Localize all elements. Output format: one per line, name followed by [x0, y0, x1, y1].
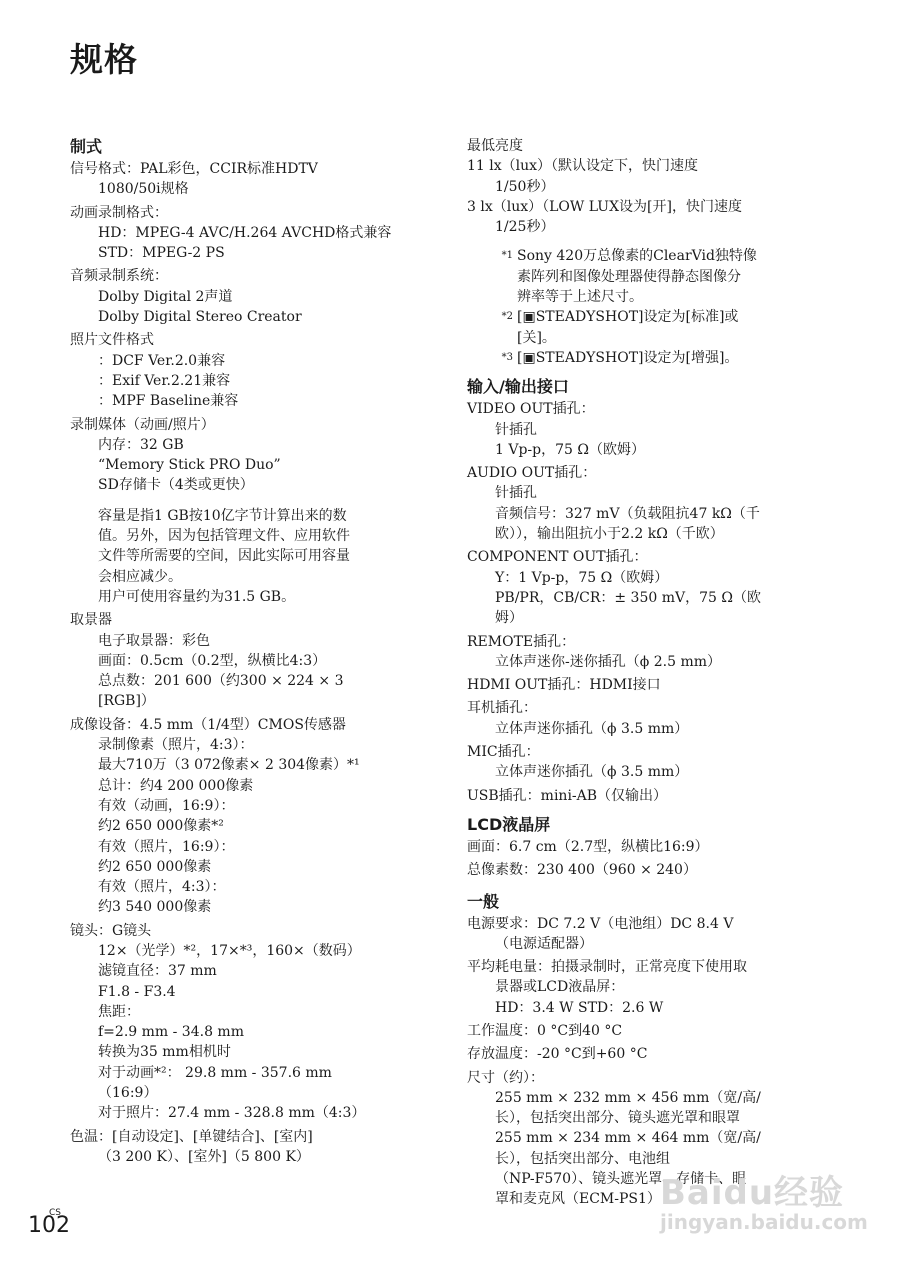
- spec-value: HD：MPEG-4 AVC/H.264 AVCHD格式兼容: [70, 223, 450, 243]
- section-general: 一般 电源要求：DC 7.2 V（电池组）DC 8.4 V （电源适配器） 平均…: [467, 891, 847, 1210]
- spec-remote: REMOTE插孔： 立体声迷你-迷你插孔（ϕ 2.5 mm）: [467, 632, 847, 673]
- capacity-note: 文件等所需要的空间，因此实际可用容量: [70, 546, 450, 566]
- spec-label: 尺寸（约）：: [467, 1068, 847, 1088]
- footnote-mark: *3: [467, 348, 517, 368]
- footnote-mark: *2: [467, 307, 517, 348]
- spec-label: 信号格式：PAL彩色，CCIR标准HDTV: [70, 159, 450, 179]
- spec-value: STD：MPEG-2 PS: [70, 243, 450, 263]
- spec-label: REMOTE插孔：: [467, 632, 847, 652]
- spec-label: 电源要求：DC 7.2 V（电池组）DC 8.4 V: [467, 914, 847, 934]
- spec-value: 1/25秒）: [467, 217, 847, 237]
- footnote-text: 辨率等于上述尺寸。: [517, 287, 847, 307]
- spec-label: 工作温度：0 °C到40 °C: [467, 1021, 847, 1041]
- spec-value: F1.8 - F3.4: [70, 982, 450, 1002]
- spec-value: 约2 650 000像素*²: [70, 816, 450, 836]
- spec-mic: MIC插孔： 立体声迷你插孔（ϕ 3.5 mm）: [467, 742, 847, 783]
- spec-audio-system: 音频录制系统： Dolby Digital 2声道 Dolby Digital …: [70, 266, 450, 327]
- spec-value: 画面：0.5cm（0.2型，纵横比4:3）: [70, 651, 450, 671]
- spec-label: USB插孔：mini-AB（仅输出）: [467, 786, 847, 806]
- section-lcd: LCD液晶屏 画面：6.7 cm（2.7型，纵横比16:9） 总像素数：230 …: [467, 814, 847, 881]
- spec-value: 12×（光学）*²，17×*³，160×（数码）: [70, 941, 450, 961]
- spec-power: 电源要求：DC 7.2 V（电池组）DC 8.4 V （电源适配器）: [467, 914, 847, 955]
- footnote-text: Sony 420万总像素的ClearVid独特像: [517, 246, 847, 266]
- spec-value: “Memory Stick PRO Duo”: [70, 455, 450, 475]
- spec-label: 录制媒体（动画/照片）: [70, 415, 450, 435]
- spec-value: （3 200 K）、[室外]（5 800 K）: [70, 1147, 450, 1167]
- spec-value: 立体声迷你-迷你插孔（ϕ 2.5 mm）: [467, 652, 847, 672]
- spec-value: 对于照片：27.4 mm - 328.8 mm（4:3）: [70, 1103, 450, 1123]
- spec-label: 色温：[自动设定]、[单键结合]、[室内]: [70, 1127, 450, 1147]
- spec-value: 音频信号：327 mV（负载阻抗47 kΩ（千: [467, 504, 847, 524]
- spec-label: 总像素数：230 400（960 × 240）: [467, 860, 847, 880]
- spec-value: 1080/50i规格: [70, 179, 450, 199]
- spec-value: 针插孔: [467, 483, 847, 503]
- footnote-text: 素阵列和图像处理器使得静态图像分: [517, 267, 847, 287]
- footnote-3: *3 [▣STEADYSHOT]设定为[增强]。: [467, 348, 847, 368]
- spec-value: 约2 650 000像素: [70, 857, 450, 877]
- left-column: 制式 信号格式：PAL彩色，CCIR标准HDTV 1080/50i规格 动画录制…: [70, 136, 450, 1171]
- footnote-text: [关]。: [517, 328, 847, 348]
- baidu-watermark: Baidu经验 jingyan.baidu.com: [660, 1165, 868, 1234]
- spec-value: 1 Vp-p，75 Ω（欧姆）: [467, 440, 847, 460]
- spec-value: （电源适配器）: [467, 934, 847, 954]
- spec-value: （16:9）: [70, 1083, 450, 1103]
- spec-label: 取景器: [70, 610, 450, 630]
- spec-value: 总计：约4 200 000像素: [70, 776, 450, 796]
- spec-value: 转换为35 mm相机时: [70, 1042, 450, 1062]
- spec-value: 总点数：201 600（约300 × 224 × 3: [70, 671, 450, 691]
- spec-value: ：Exif Ver.2.21兼容: [70, 371, 450, 391]
- spec-value: 11 lx（lux）（默认设定下，快门速度: [467, 156, 847, 176]
- spec-label: 最低亮度: [467, 136, 847, 156]
- spec-label: COMPONENT OUT插孔：: [467, 547, 847, 567]
- spec-value: Dolby Digital Stereo Creator: [70, 307, 450, 327]
- page-title: 规格: [70, 34, 138, 81]
- spec-label: 耳机插孔：: [467, 698, 847, 718]
- section-heading-io: 输入/输出接口: [467, 376, 847, 398]
- footnote-mark: *1: [467, 246, 517, 307]
- spec-value: [RGB]）: [70, 691, 450, 711]
- section-heading-general: 一般: [467, 891, 847, 913]
- footnote-2: *2 [▣STEADYSHOT]设定为[标准]或 [关]。: [467, 307, 847, 348]
- spec-movie-format: 动画录制格式： HD：MPEG-4 AVC/H.264 AVCHD格式兼容 ST…: [70, 203, 450, 264]
- spec-consumption: 平均耗电量：拍摄录制时，正常亮度下使用取 景器或LCD液晶屏： HD：3.4 W…: [467, 957, 847, 1018]
- spec-label: VIDEO OUT插孔：: [467, 399, 847, 419]
- spec-recording-media: 录制媒体（动画/照片） 内存：32 GB “Memory Stick PRO D…: [70, 415, 450, 608]
- spec-usb: USB插孔：mini-AB（仅输出）: [467, 786, 847, 806]
- spec-label: 存放温度：-20 °C到+60 °C: [467, 1044, 847, 1064]
- spec-value: 内存：32 GB: [70, 435, 450, 455]
- spec-label: 画面：6.7 cm（2.7型，纵横比16:9）: [467, 837, 847, 857]
- spec-value: 焦距：: [70, 1002, 450, 1022]
- spec-headphone: 耳机插孔： 立体声迷你插孔（ϕ 3.5 mm）: [467, 698, 847, 739]
- capacity-note: 值。另外，因为包括管理文件、应用软件: [70, 526, 450, 546]
- capacity-note: 用户可使用容量约为31.5 GB。: [70, 587, 450, 607]
- spec-value: 针插孔: [467, 420, 847, 440]
- spec-storage-temp: 存放温度：-20 °C到+60 °C: [467, 1044, 847, 1064]
- spec-value: HD：3.4 W STD：2.6 W: [467, 998, 847, 1018]
- spec-color-temperature: 色温：[自动设定]、[单键结合]、[室内] （3 200 K）、[室外]（5 8…: [70, 1127, 450, 1168]
- section-heading-lcd: LCD液晶屏: [467, 814, 847, 836]
- footnotes: *1 Sony 420万总像素的ClearVid独特像 素阵列和图像处理器使得静…: [467, 246, 847, 368]
- spec-value: 欧）），输出阻抗小于2.2 kΩ（千欧）: [467, 524, 847, 544]
- spec-viewfinder: 取景器 电子取景器：彩色 画面：0.5cm（0.2型，纵横比4:3） 总点数：2…: [70, 610, 450, 711]
- spec-value: Dolby Digital 2声道: [70, 287, 450, 307]
- spec-video-out: VIDEO OUT插孔： 针插孔 1 Vp-p，75 Ω（欧姆）: [467, 399, 847, 460]
- spec-label: 动画录制格式：: [70, 203, 450, 223]
- spec-hdmi-out: HDMI OUT插孔：HDMI接口: [467, 675, 847, 695]
- spec-label: HDMI OUT插孔：HDMI接口: [467, 675, 847, 695]
- spec-label: 镜头：G镜头: [70, 921, 450, 941]
- spec-label: AUDIO OUT插孔：: [467, 463, 847, 483]
- spec-value: 有效（照片，4:3）：: [70, 877, 450, 897]
- spec-label: 照片文件格式: [70, 330, 450, 350]
- spec-value: 立体声迷你插孔（ϕ 3.5 mm）: [467, 719, 847, 739]
- spec-label: 音频录制系统：: [70, 266, 450, 286]
- spec-label: 平均耗电量：拍摄录制时，正常亮度下使用取: [467, 957, 847, 977]
- spec-value: 滤镜直径：37 mm: [70, 961, 450, 981]
- capacity-note: 容量是指1 GB按10亿字节计算出来的数: [70, 506, 450, 526]
- spec-value: SD存储卡（4类或更快）: [70, 475, 450, 495]
- spec-lens: 镜头：G镜头 12×（光学）*²，17×*³，160×（数码） 滤镜直径：37 …: [70, 921, 450, 1124]
- right-column: 最低亮度 11 lx（lux）（默认设定下，快门速度 1/50秒） 3 lx（l…: [467, 136, 847, 1214]
- section-format: 制式 信号格式：PAL彩色，CCIR标准HDTV 1080/50i规格 动画录制…: [70, 136, 450, 1167]
- spec-min-illumination: 最低亮度 11 lx（lux）（默认设定下，快门速度 1/50秒） 3 lx（l…: [467, 136, 847, 237]
- spec-value: 对于动画*²： 29.8 mm - 357.6 mm: [70, 1063, 450, 1083]
- spec-signal-format: 信号格式：PAL彩色，CCIR标准HDTV 1080/50i规格: [70, 159, 450, 200]
- watermark-brand: Baidu经验: [660, 1165, 868, 1214]
- spec-value: ：DCF Ver.2.0兼容: [70, 351, 450, 371]
- spec-lcd-pixels: 总像素数：230 400（960 × 240）: [467, 860, 847, 880]
- section-heading-format: 制式: [70, 136, 450, 158]
- spec-value: 长），包括突出部分、镜头遮光罩和眼罩: [467, 1108, 847, 1128]
- section-io: 输入/输出接口 VIDEO OUT插孔： 针插孔 1 Vp-p，75 Ω（欧姆）…: [467, 376, 847, 806]
- spec-value: PB/PR，CB/CR：± 350 mV，75 Ω（欧: [467, 588, 847, 608]
- spec-component-out: COMPONENT OUT插孔： Y：1 Vp-p，75 Ω（欧姆） PB/PR…: [467, 547, 847, 628]
- spec-value: Y：1 Vp-p，75 Ω（欧姆）: [467, 568, 847, 588]
- spec-value: 约3 540 000像素: [70, 897, 450, 917]
- spec-value: ：MPF Baseline兼容: [70, 391, 450, 411]
- footnote-text: [▣STEADYSHOT]设定为[增强]。: [517, 348, 847, 368]
- spec-label: MIC插孔：: [467, 742, 847, 762]
- spec-value: f=2.9 mm - 34.8 mm: [70, 1022, 450, 1042]
- spec-value: 立体声迷你插孔（ϕ 3.5 mm）: [467, 762, 847, 782]
- spec-label: 成像设备：4.5 mm（1/4型）CMOS传感器: [70, 715, 450, 735]
- spec-photo-format: 照片文件格式 ：DCF Ver.2.0兼容 ：Exif Ver.2.21兼容 ：…: [70, 330, 450, 411]
- spec-value: 3 lx（lux）（LOW LUX设为[开]，快门速度: [467, 197, 847, 217]
- spec-value: 有效（照片，16:9）：: [70, 837, 450, 857]
- spec-value: 有效（动画，16:9）：: [70, 796, 450, 816]
- footnote-1: *1 Sony 420万总像素的ClearVid独特像 素阵列和图像处理器使得静…: [467, 246, 847, 307]
- footnote-text: [▣STEADYSHOT]设定为[标准]或: [517, 307, 847, 327]
- spec-value: 姆）: [467, 608, 847, 628]
- capacity-note: 会相应减少。: [70, 567, 450, 587]
- page-number: 102: [28, 1213, 70, 1238]
- spec-audio-out: AUDIO OUT插孔： 针插孔 音频信号：327 mV（负载阻抗47 kΩ（千…: [467, 463, 847, 544]
- spec-operating-temp: 工作温度：0 °C到40 °C: [467, 1021, 847, 1041]
- watermark-url: jingyan.baidu.com: [660, 1210, 868, 1234]
- spec-value: 最大710万（3 072像素× 2 304像素）*¹: [70, 755, 450, 775]
- spec-imaging-device: 成像设备：4.5 mm（1/4型）CMOS传感器 录制像素（照片，4:3）： 最…: [70, 715, 450, 918]
- spec-value: 景器或LCD液晶屏：: [467, 977, 847, 997]
- spec-value: 255 mm × 234 mm × 464 mm（宽/高/: [467, 1128, 847, 1148]
- spec-value: 录制像素（照片，4:3）：: [70, 735, 450, 755]
- spec-value: 255 mm × 232 mm × 456 mm（宽/高/: [467, 1088, 847, 1108]
- spec-lcd-screen: 画面：6.7 cm（2.7型，纵横比16:9）: [467, 837, 847, 857]
- spec-value: 1/50秒）: [467, 177, 847, 197]
- spec-value: 电子取景器：彩色: [70, 631, 450, 651]
